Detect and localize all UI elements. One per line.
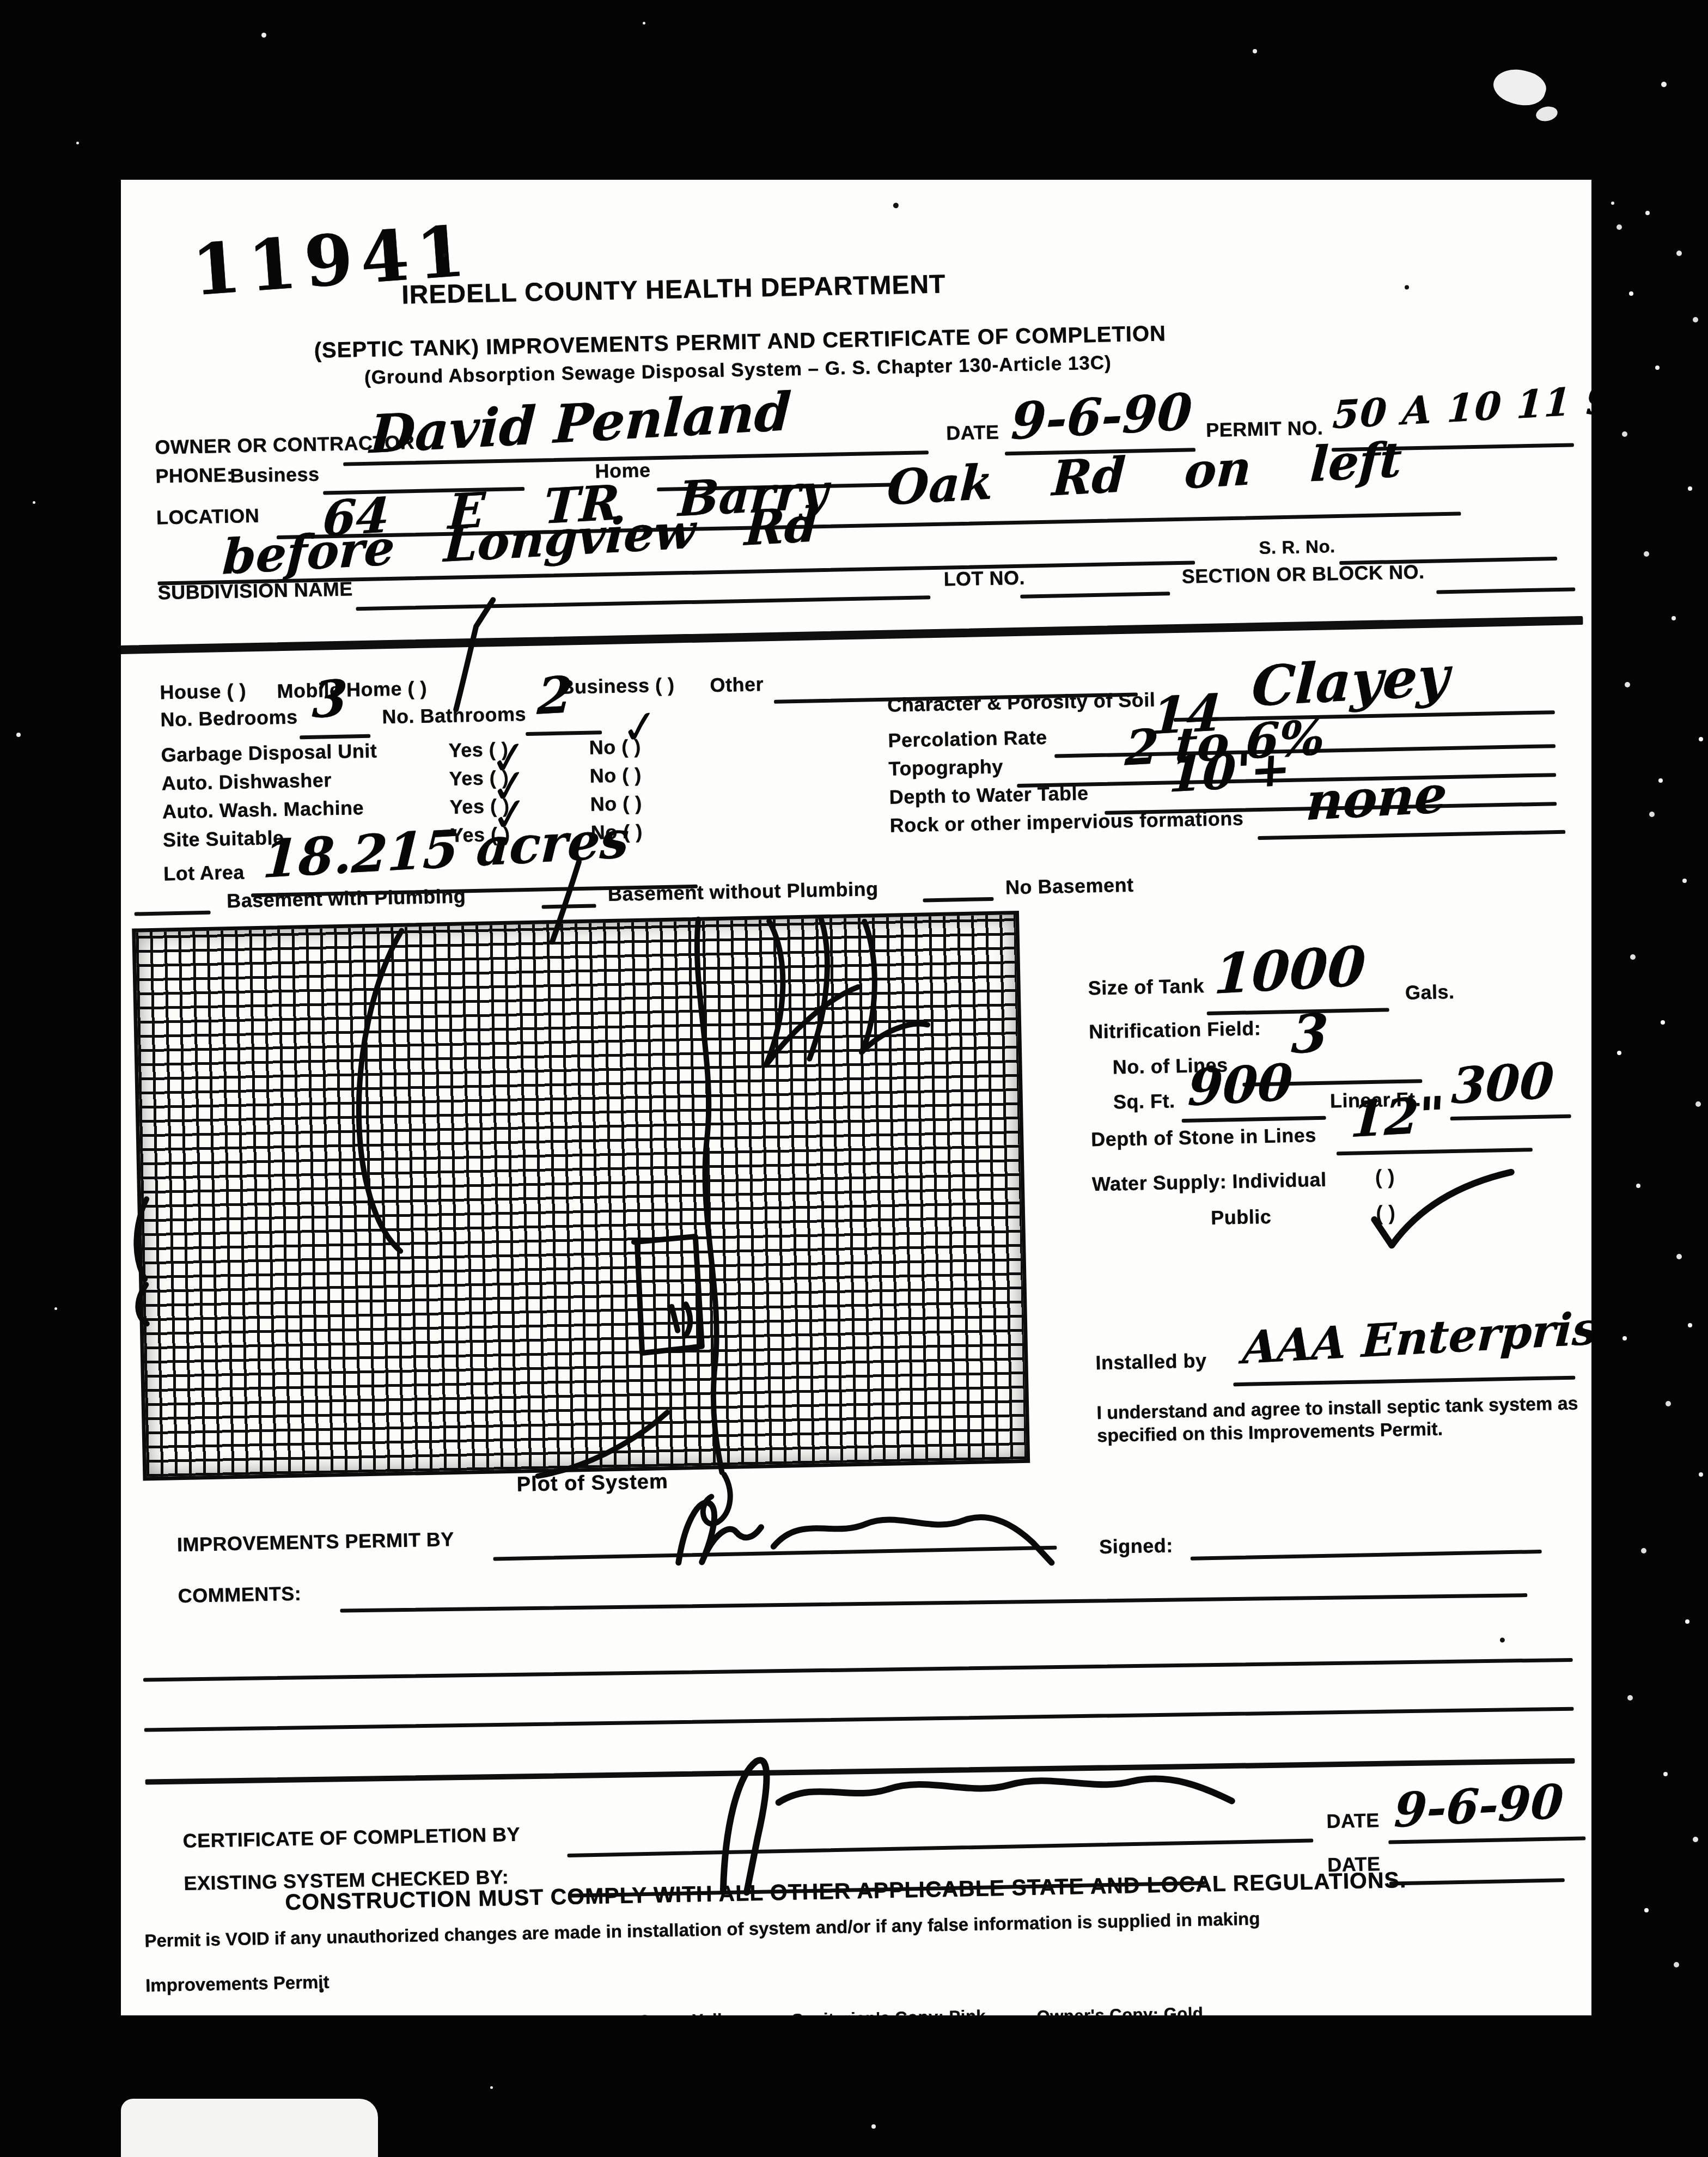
subdivision-underline — [356, 595, 930, 611]
installer-agreement-text: I understand and agree to install septic… — [1096, 1392, 1588, 1447]
comments-line-2 — [143, 1658, 1573, 1682]
sqft-value: 900 — [1187, 1052, 1294, 1117]
location-label: LOCATION — [156, 504, 260, 529]
permit-no-value: 50 A 10 11 94 — [1332, 375, 1591, 438]
installed-by-label: Installed by — [1095, 1349, 1207, 1374]
basement-without-underline — [541, 904, 596, 909]
linear-ft-value: 300 — [1450, 1052, 1555, 1116]
improvements-permit-by-underline — [493, 1546, 1057, 1561]
signed-underline — [1191, 1550, 1542, 1561]
no-of-lines-value: 3 — [1290, 1002, 1329, 1065]
soil-row-label: Topography — [888, 755, 1003, 780]
plot-caption: Plot of System — [456, 1469, 729, 1498]
scan-speck — [442, 253, 446, 257]
signed-label: Signed: — [1099, 1534, 1173, 1559]
bedrooms-underline — [300, 734, 370, 740]
tank-size-value: 1000 — [1212, 934, 1367, 1007]
bathrooms-underline — [526, 730, 602, 736]
sqft-label: Sq. Ft. — [1113, 1089, 1175, 1113]
scan-noise-dot — [490, 2086, 493, 2089]
certificate-underline — [567, 1838, 1313, 1857]
basement-with-label: Basement with Plumbing — [227, 885, 466, 912]
basement-with-underline — [135, 911, 211, 916]
bathrooms-label: No. Bathrooms — [382, 703, 526, 728]
soil-row-value: none — [1304, 764, 1448, 832]
soil-row-label: Character & Porosity of Soil — [887, 688, 1156, 717]
basement-without-label: Basement without Plumbing — [608, 878, 879, 906]
lot-area-value: 18.215 acres — [261, 809, 630, 889]
installed-by-underline — [1233, 1376, 1575, 1387]
water-supply-individual-paren: ( ) — [1375, 1166, 1395, 1190]
scan-noise-right-strip — [1611, 202, 1614, 205]
lot-no-label: LOT NO. — [943, 566, 1025, 591]
comments-line-1 — [340, 1593, 1527, 1613]
soil-row-value: 10'+ — [1168, 740, 1292, 803]
scan-noise-blob — [1535, 105, 1559, 123]
basement-none-label: No Basement — [1005, 874, 1134, 899]
certificate-signature — [721, 1760, 769, 1893]
linear-ft-underline — [1450, 1114, 1571, 1120]
structure-business-label: Business ( ) — [560, 674, 675, 699]
void-statement-2: Improvements Permit — [145, 1967, 473, 1997]
facility-row-no: No ( ) — [589, 764, 642, 788]
scanner-tab-sticker — [121, 2099, 378, 2157]
comments-line-3 — [144, 1707, 1574, 1732]
soil-row-underline — [1258, 830, 1565, 840]
scan-speck — [1500, 1637, 1505, 1642]
mobile-home-checkmark-stroke — [454, 600, 495, 709]
scan-noise-blob — [1489, 63, 1550, 112]
bedrooms-label: No. Bedrooms — [160, 705, 298, 731]
stone-depth-label: Depth of Stone in Lines — [1091, 1124, 1316, 1151]
certificate-signature — [778, 1777, 1232, 1810]
section-block-underline — [1436, 587, 1575, 594]
phone-label: PHONE: — [155, 464, 234, 488]
scan-speck — [893, 203, 899, 208]
copy-note-owner: Owner's Copy: Gold — [1036, 2004, 1203, 2015]
date-value: 9-6-90 — [1010, 382, 1193, 451]
soil-row-value: Clayey — [1250, 643, 1451, 718]
copy-note-inspection: Inspection Dept. Copy: Yellow — [497, 2009, 746, 2015]
certificate-date-value: 9-6-90 — [1393, 1774, 1565, 1839]
facility-row-label: Garbage Disposal Unit — [161, 740, 377, 767]
bedrooms-value: 3 — [311, 668, 349, 729]
scan-noise-dot — [1661, 82, 1667, 87]
lot-no-underline — [1020, 592, 1170, 599]
certificate-of-completion-label: CERTIFICATE OF COMPLETION BY — [182, 1823, 520, 1853]
tank-size-label: Size of Tank — [1088, 974, 1204, 1000]
owner-value: David Penland — [369, 380, 793, 465]
bathrooms-value: 2 — [536, 665, 574, 726]
lot-area-label: Lot Area — [163, 861, 245, 885]
section-block-label: SECTION OR BLOCK NO. — [1181, 560, 1425, 588]
certificate-date-underline — [1388, 1836, 1585, 1844]
date-label: DATE — [946, 421, 999, 445]
tank-size-unit: Gals. — [1405, 980, 1455, 1004]
scan-noise-dot — [54, 1307, 57, 1310]
water-supply-public-label: Public — [1211, 1205, 1272, 1229]
improvements-permit-by-label: IMPROVEMENTS PERMIT BY — [177, 1528, 455, 1556]
scan-speck — [1405, 285, 1409, 289]
form-content: 11941 IREDELL COUNTY HEALTH DEPARTMENT (… — [121, 180, 1591, 2015]
subdivision-label: SUBDIVISION NAME — [157, 577, 353, 604]
facility-row-label: Auto. Wash. Machine — [162, 796, 364, 823]
installed-by-value: AAA Enterprises — [1241, 1300, 1591, 1375]
soil-row-label: Rock or other impervious formations — [889, 807, 1243, 837]
scan-noise-dot — [1253, 49, 1257, 53]
basement-none-underline — [923, 897, 993, 903]
scan-noise-dot — [76, 142, 79, 144]
scan-noise-dot — [261, 33, 266, 38]
comments-label: COMMENTS: — [178, 1582, 301, 1608]
scan-noise-dot — [871, 2124, 876, 2129]
structure-house-label: House ( ) — [160, 679, 246, 704]
sr-no-label: S. R. No. — [1259, 536, 1335, 558]
plot-of-system-grid — [132, 911, 1030, 1480]
certificate-date-label: DATE — [1326, 1809, 1380, 1833]
scan-noise-dot — [643, 22, 645, 25]
facility-row-no-checkmark: ✓ — [618, 698, 662, 756]
copy-note-health: Health Dept. Copy: White — [223, 2014, 431, 2015]
stone-depth-value: 12" — [1349, 1086, 1445, 1149]
soil-row-label: Depth to Water Table — [889, 782, 1089, 808]
nitrification-field-label: Nitrification Field: — [1089, 1017, 1261, 1043]
phone-business-label: Business — [230, 463, 320, 488]
water-supply-individual-label: Water Supply: Individual — [1092, 1168, 1327, 1196]
stone-depth-underline — [1337, 1148, 1533, 1155]
facility-row-label: Auto. Dishwasher — [161, 769, 332, 795]
scan-noise-dot — [16, 733, 21, 737]
scan-noise-dot — [33, 501, 35, 504]
copy-note-sanitarian: Sanitarian's Copy: Pink — [791, 2007, 986, 2015]
improvements-signature — [773, 1516, 1052, 1568]
soil-row-label: Percolation Rate — [888, 726, 1047, 752]
water-supply-public-paren: ( ) — [1376, 1202, 1396, 1226]
comments-line-4 — [145, 1758, 1575, 1785]
structure-other-label: Other — [710, 673, 764, 697]
structure-mobile-label: Mobile Home ( ) — [277, 677, 427, 703]
sqft-underline — [1182, 1116, 1326, 1123]
permit-document-page: 11941 IREDELL COUNTY HEALTH DEPARTMENT (… — [121, 180, 1591, 2015]
scan-background: 11941 IREDELL COUNTY HEALTH DEPARTMENT (… — [0, 0, 1708, 2157]
